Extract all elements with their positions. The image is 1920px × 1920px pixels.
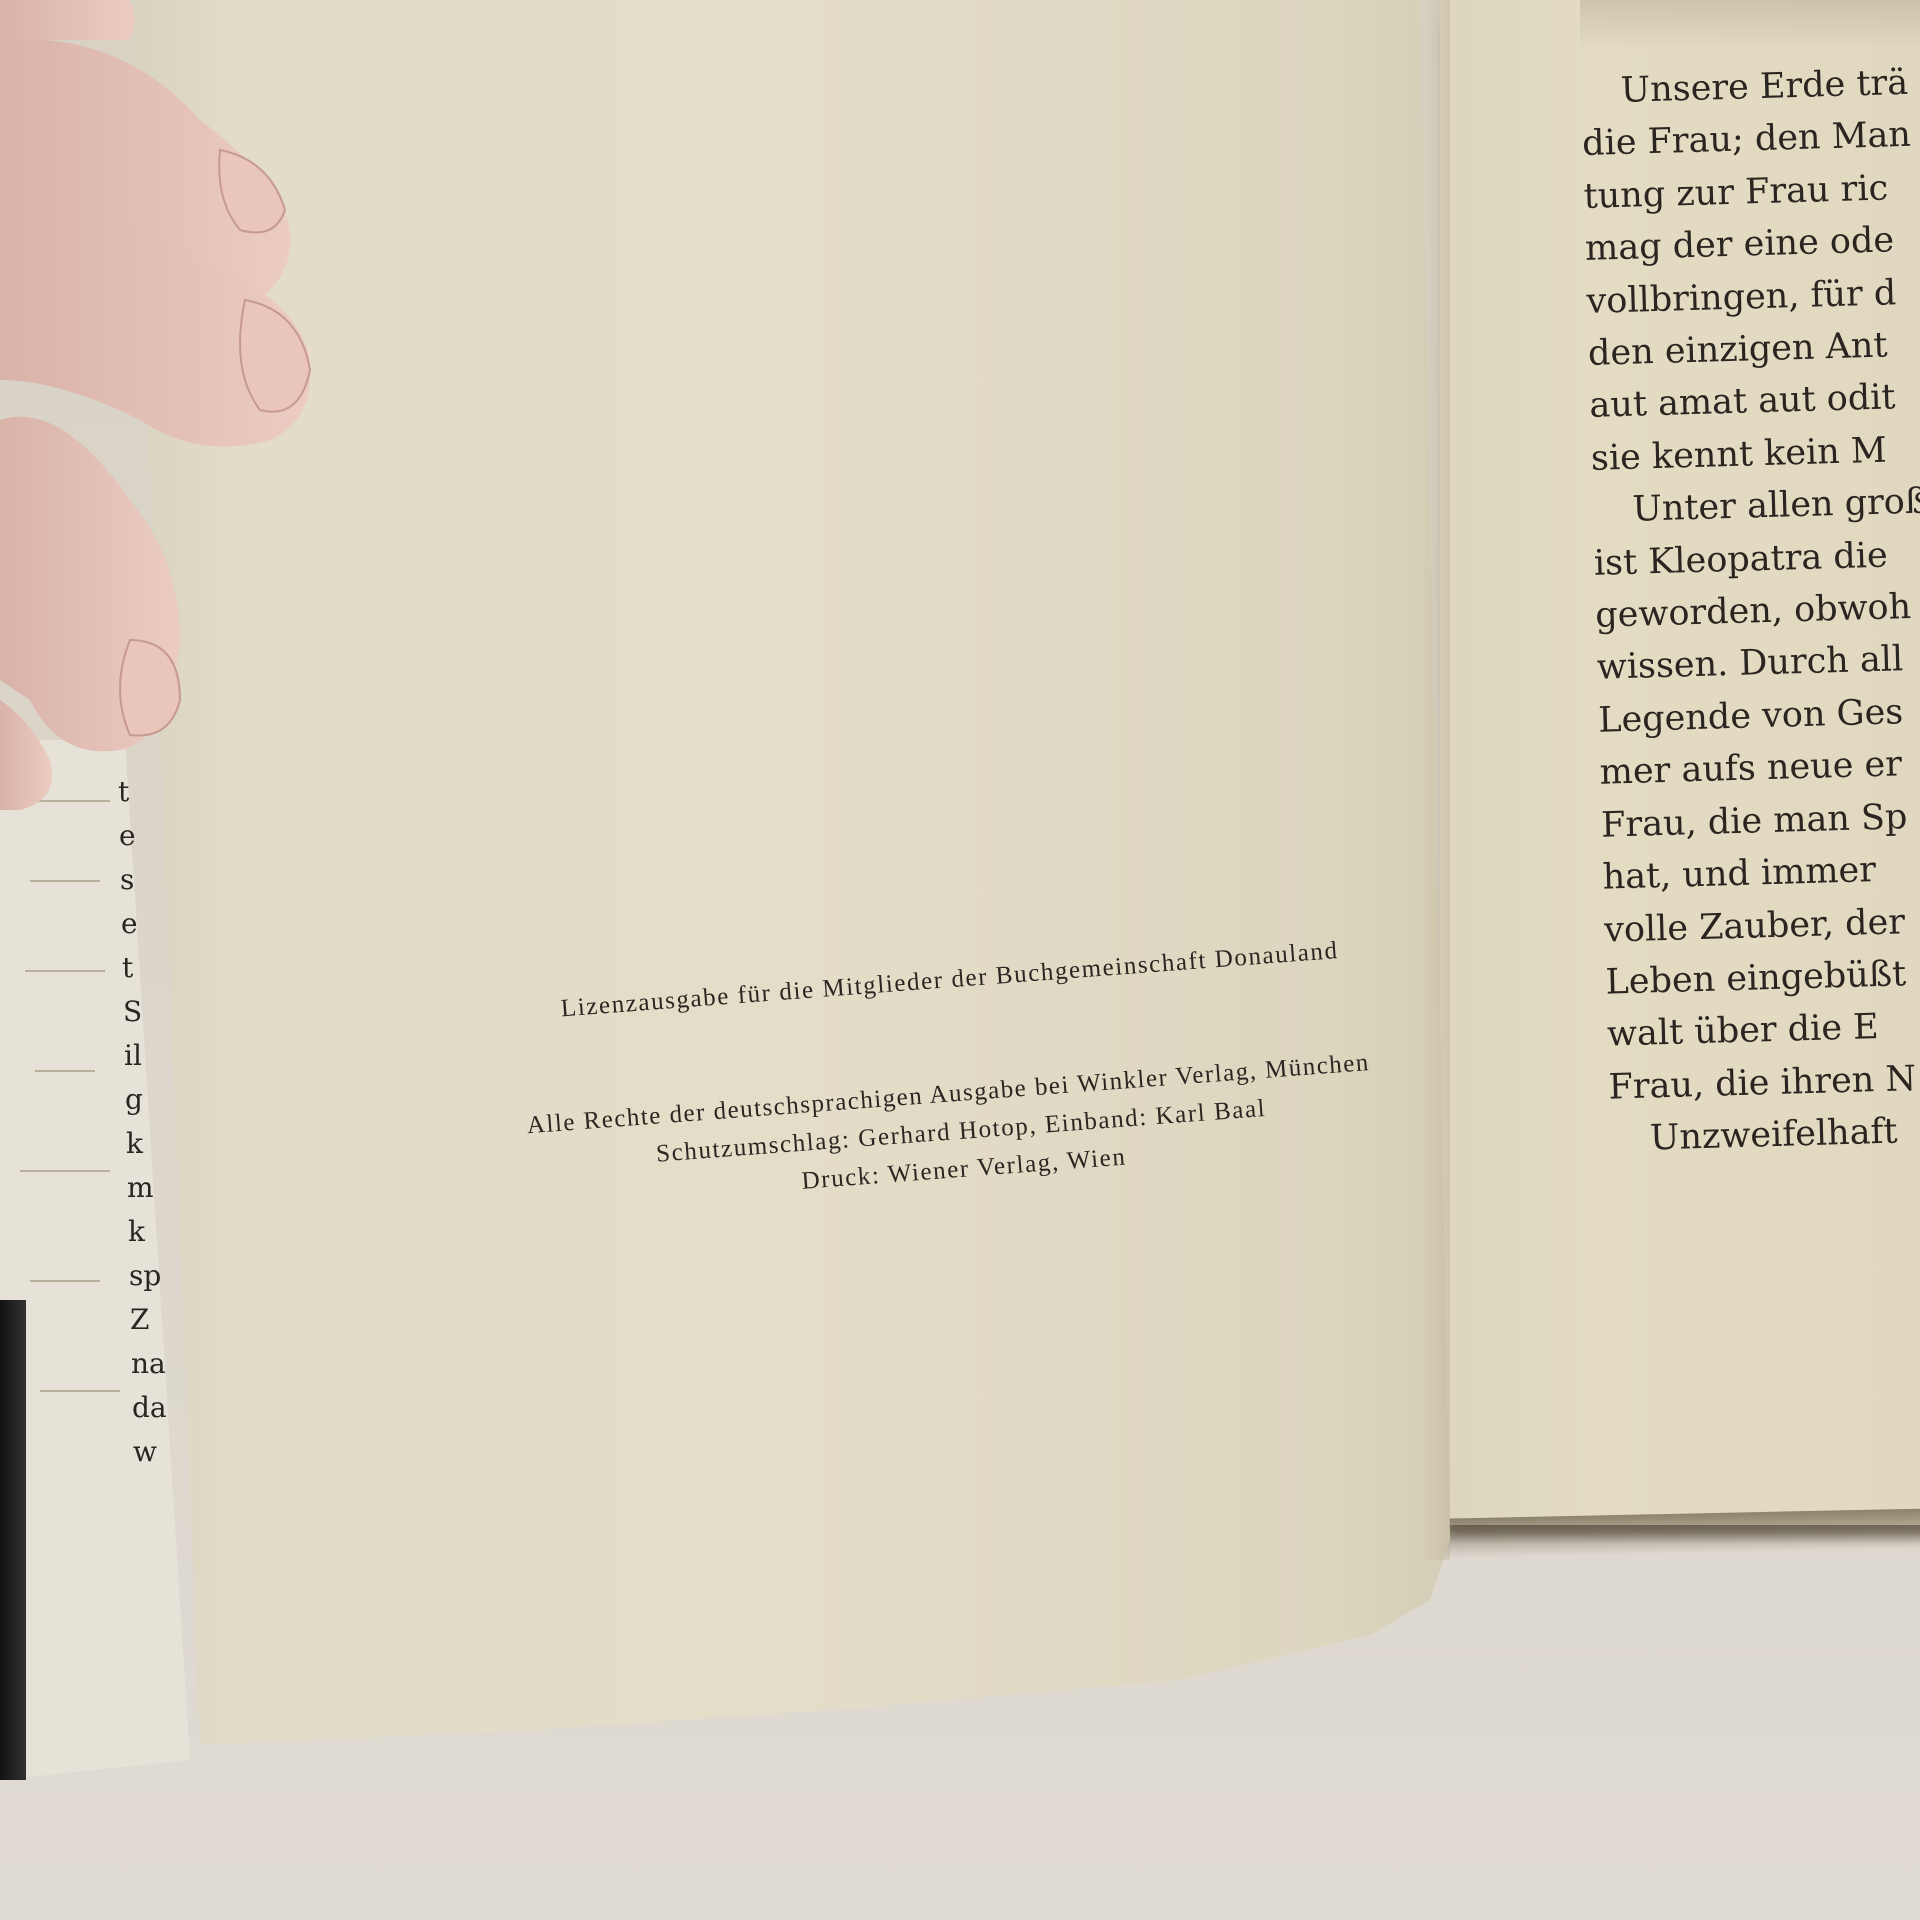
text-line: wissen. Durch all: [1596, 632, 1920, 694]
text-line: vollbringen, für d: [1586, 265, 1920, 327]
letter: k: [128, 1210, 167, 1254]
previous-page-letters: t e s e t S il g k m k sp Z na da w: [118, 770, 167, 1474]
text-line: ist Kleopatra die: [1593, 527, 1920, 589]
letter: da: [132, 1386, 167, 1430]
text-line: aut amat aut odit: [1589, 370, 1920, 432]
text-line: mag der eine ode: [1584, 213, 1920, 275]
letter: na: [131, 1342, 167, 1386]
text-line: tung zur Frau ric: [1583, 161, 1920, 223]
book-photo-scene: Unsere Erde trä die Frau; den Man tung z…: [0, 0, 1920, 1920]
book-cover-edge: [0, 1300, 26, 1780]
letter: sp: [129, 1254, 167, 1298]
letter: s: [120, 858, 167, 902]
text-line: Unsere Erde trä: [1580, 56, 1920, 118]
show-through-text: [20, 1170, 110, 1172]
text-line: geworden, obwoh: [1595, 580, 1920, 642]
imprint-page-edge: [1420, 0, 1450, 1560]
letter: Z: [130, 1298, 167, 1342]
letter: S: [123, 990, 167, 1034]
show-through-text: [30, 880, 100, 882]
text-line: Legende von Ges: [1598, 685, 1920, 747]
show-through-text: [40, 1390, 120, 1392]
letter: k: [126, 1122, 167, 1166]
text-line: walt über die E: [1606, 999, 1920, 1061]
letter: t: [122, 946, 167, 990]
text-line: hat, und immer: [1602, 842, 1920, 904]
letter: m: [127, 1166, 167, 1210]
letter: g: [125, 1078, 167, 1122]
letter: e: [121, 902, 167, 946]
right-page-top-shadow: [1580, 0, 1920, 50]
text-line: Unter allen groß: [1592, 475, 1920, 537]
text-line: mer aufs neue er: [1599, 737, 1920, 799]
text-line: die Frau; den Man: [1581, 108, 1920, 170]
show-through-text: [25, 970, 105, 972]
show-through-text: [35, 1070, 95, 1072]
text-line: den einzigen Ant: [1587, 318, 1920, 380]
hand-fingers: [0, 0, 340, 820]
text-line: Frau, die man Sp: [1600, 789, 1920, 851]
text-line: Leben eingebüßt: [1605, 947, 1920, 1009]
letter: il: [124, 1034, 167, 1078]
letter: w: [133, 1430, 167, 1474]
show-through-text: [30, 1280, 100, 1282]
right-page-text: Unsere Erde trä die Frau; den Man tung z…: [1580, 56, 1920, 1166]
text-line: Unzweifelhaft: [1609, 1104, 1920, 1166]
letter: e: [119, 814, 167, 858]
text-line: volle Zauber, der: [1603, 894, 1920, 956]
text-line: sie kennt kein M: [1590, 423, 1920, 485]
text-line: Frau, die ihren N: [1608, 1051, 1920, 1113]
